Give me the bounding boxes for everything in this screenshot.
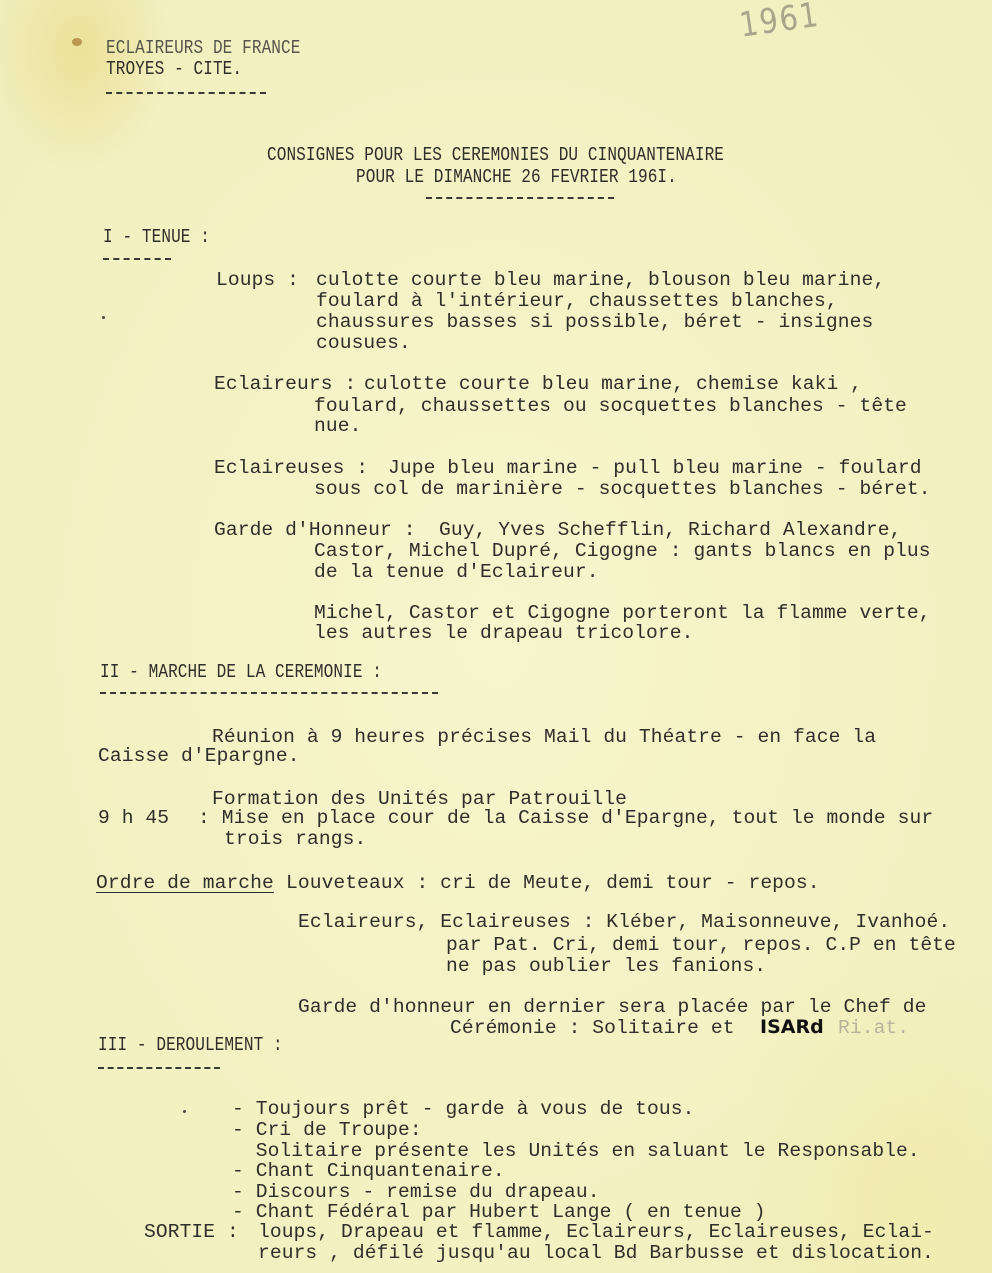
crossed-out-text: Ri.at. bbox=[838, 1018, 909, 1039]
deroulement-item: - Chant Cinquantenaire. bbox=[232, 1161, 505, 1182]
louveteaux-line: Louveteaux : cri de Meute, demi tour - r… bbox=[286, 873, 820, 894]
sortie-line: loups, Drapeau et flamme, Eclaireurs, Ec… bbox=[258, 1222, 934, 1243]
garde-line: de la tenue d'Eclaireur. bbox=[314, 562, 599, 583]
title-rule bbox=[426, 197, 614, 199]
loups-line: cousues. bbox=[316, 333, 411, 354]
garde-marche-line: Cérémonie : Solitaire et bbox=[450, 1018, 735, 1039]
eclaireurs-marche-line: Eclaireurs, Eclaireuses : Kléber, Maison… bbox=[298, 912, 950, 933]
sortie-label: SORTIE : bbox=[144, 1222, 239, 1243]
eclaireurs-marche-line: par Pat. Cri, demi tour, repos. C.P en t… bbox=[446, 935, 956, 956]
garde-note-line: les autres le drapeau tricolore. bbox=[314, 623, 693, 644]
reunion-line: Caisse d'Epargne. bbox=[98, 746, 300, 767]
eclaireurs-line: nue. bbox=[314, 416, 361, 437]
deroulement-item: - Toujours prêt - garde à vous de tous. bbox=[232, 1099, 694, 1120]
mise-en-place-line: : Mise en place cour de la Caisse d'Epar… bbox=[198, 808, 933, 829]
document-title-line-1: CONSIGNES POUR LES CEREMONIES DU CINQUAN… bbox=[267, 145, 724, 166]
time-945: 9 h 45 bbox=[98, 808, 169, 829]
deroulement-item: Solitaire présente les Unités en saluant… bbox=[232, 1141, 920, 1162]
eclaireuses-line: sous col de marinière - socquettes blanc… bbox=[314, 479, 931, 500]
section-heading-tenue: I - TENUE : bbox=[103, 227, 210, 248]
garde-marche-line: Garde d'honneur en dernier sera placée p… bbox=[298, 997, 926, 1018]
section-heading-deroulement: III - DEROULEMENT : bbox=[98, 1035, 283, 1056]
ordre-de-marche-label: Ordre de marche bbox=[96, 873, 274, 894]
sortie-line: reurs , défilé jusqu'au local Bd Barbuss… bbox=[258, 1243, 934, 1264]
section-rule-tenue bbox=[103, 258, 171, 260]
eclaireurs-line: foulard, chaussettes ou socquettes blanc… bbox=[314, 396, 907, 417]
garde-note-line: Michel, Castor et Cigogne porteront la f… bbox=[314, 603, 931, 624]
loups-line: chaussures basses si possible, béret - i… bbox=[316, 312, 873, 333]
mise-en-place-line: trois rangs. bbox=[224, 829, 366, 850]
garde-line: Castor, Michel Dupré, Cigogne : gants bl… bbox=[314, 541, 931, 562]
group-name: TROYES - CITE. bbox=[106, 59, 242, 80]
garde-line: Guy, Yves Schefflin, Richard Alexandre, bbox=[439, 520, 901, 541]
header-rule bbox=[106, 92, 266, 94]
handwritten-name-isard: ISARd bbox=[760, 1016, 824, 1038]
reunion-line: Réunion à 9 heures précises Mail du Théa… bbox=[212, 727, 876, 748]
eclaireurs-marche-line: ne pas oublier les fanions. bbox=[446, 956, 766, 977]
loups-line: foulard à l'intérieur, chaussettes blanc… bbox=[316, 291, 838, 312]
section-rule-deroulement bbox=[98, 1067, 220, 1069]
section-heading-marche: II - MARCHE DE LA CEREMONIE : bbox=[100, 662, 382, 683]
section-rule-marche bbox=[100, 692, 438, 694]
deroulement-item: - Cri de Troupe: bbox=[232, 1120, 422, 1141]
eclaireurs-line: culotte courte bleu marine, chemise kaki… bbox=[364, 374, 862, 395]
loups-line: culotte courte bleu marine, blouson bleu… bbox=[316, 270, 885, 291]
paper-speck bbox=[183, 1110, 186, 1113]
document-title-line-2: POUR LE DIMANCHE 26 FEVRIER 196I. bbox=[356, 167, 677, 188]
deroulement-item: - Discours - remise du drapeau. bbox=[232, 1182, 600, 1203]
eclaireuses-label: Eclaireuses : bbox=[214, 458, 368, 479]
paper-stain bbox=[72, 38, 82, 46]
eclaireuses-line: Jupe bleu marine - pull bleu marine - fo… bbox=[388, 458, 922, 479]
garde-label: Garde d'Honneur : bbox=[214, 520, 416, 541]
organization-name: ECLAIREURS DE FRANCE bbox=[106, 38, 300, 59]
paper-speck bbox=[102, 316, 105, 319]
loups-label: Loups : bbox=[216, 270, 299, 291]
handwritten-year: 1961 bbox=[737, 0, 822, 46]
deroulement-item: - Chant Fédéral par Hubert Lange ( en te… bbox=[232, 1202, 766, 1223]
eclaireurs-label: Eclaireurs : bbox=[214, 374, 356, 395]
